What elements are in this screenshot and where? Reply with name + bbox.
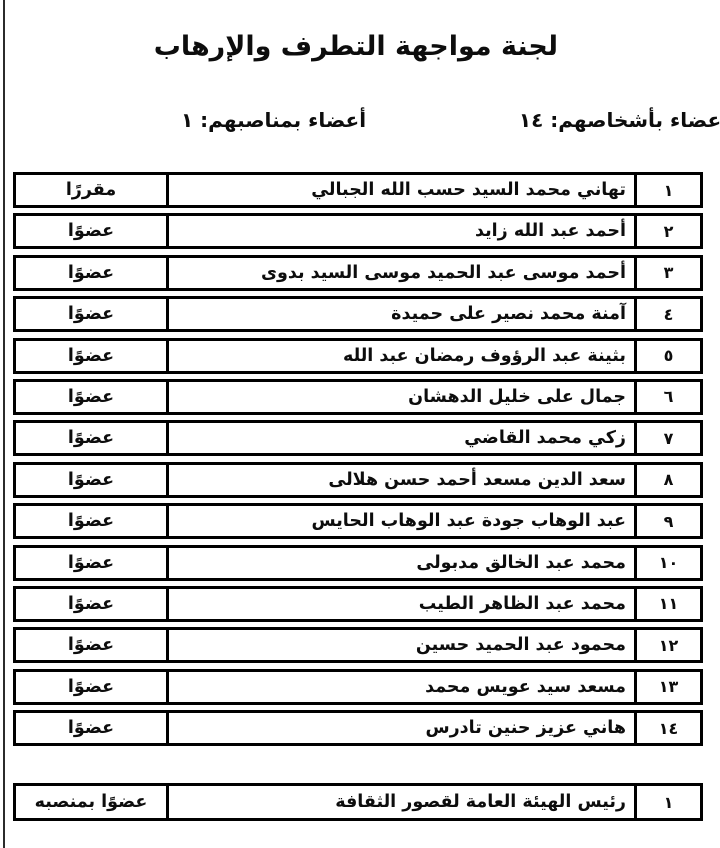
member-name: جمال على خليل الدهشان	[166, 382, 634, 412]
row-number: ١٣	[634, 672, 700, 702]
row-number: ١	[634, 786, 700, 818]
row-number: ٨	[634, 465, 700, 495]
member-name: محمد عبد الخالق مدبولى	[166, 548, 634, 578]
row-number: ١	[634, 175, 700, 205]
member-role: مقررًا	[16, 175, 166, 205]
member-name: رئيس الهيئة العامة لقصور الثقافة	[166, 786, 634, 818]
table-row: ٤ آمنة محمد نصير على حميدة عضوًا	[13, 296, 703, 332]
page-title: لجنة مواجهة التطرف والإرهاب	[218, 31, 558, 62]
member-role: عضوًا	[16, 465, 166, 495]
positions-by-office-table: ١ رئيس الهيئة العامة لقصور الثقافة عضوًا…	[13, 783, 703, 821]
table-row: ١٤ هاني عزيز حنين تادرس عضوًا	[13, 710, 703, 746]
member-name: عبد الوهاب جودة عبد الوهاب الحايس	[166, 506, 634, 536]
table-row: ٢ أحمد عبد الله زايد عضوًا	[13, 213, 703, 249]
member-role: عضوًا	[16, 382, 166, 412]
member-name: آمنة محمد نصير على حميدة	[166, 299, 634, 329]
member-name: محمود عبد الحميد حسين	[166, 630, 634, 660]
member-role: عضوًا	[16, 258, 166, 288]
member-name: زكي محمد القاضي	[166, 423, 634, 453]
table-row: ١٠ محمد عبد الخالق مدبولى عضوًا	[13, 545, 703, 581]
table-row: ٩ عبد الوهاب جودة عبد الوهاب الحايس عضوً…	[13, 503, 703, 539]
row-number: ٢	[634, 216, 700, 246]
member-role: عضوًا	[16, 341, 166, 371]
member-role: عضوًا	[16, 423, 166, 453]
row-number: ١٢	[634, 630, 700, 660]
row-number: ٣	[634, 258, 700, 288]
row-number: ١٠	[634, 548, 700, 578]
row-number: ٦	[634, 382, 700, 412]
member-name: تهاني محمد السيد حسب الله الجبالي	[166, 175, 634, 205]
member-role: عضوًا	[16, 548, 166, 578]
member-role: عضوًا	[16, 672, 166, 702]
member-name: أحمد عبد الله زايد	[166, 216, 634, 246]
member-name: مسعد سيد عويس محمد	[166, 672, 634, 702]
member-role: عضوًا	[16, 589, 166, 619]
member-role: عضوًا	[16, 506, 166, 536]
row-number: ٧	[634, 423, 700, 453]
table-row: ١ تهاني محمد السيد حسب الله الجبالي مقرر…	[13, 172, 703, 208]
member-role: عضوًا	[16, 713, 166, 743]
row-number: ١٤	[634, 713, 700, 743]
row-number: ٩	[634, 506, 700, 536]
table-row: ١١ محمد عبد الظاهر الطيب عضوًا	[13, 586, 703, 622]
row-number: ٥	[634, 341, 700, 371]
row-number: ١١	[634, 589, 700, 619]
page-edge-line	[3, 0, 5, 848]
table-row: ٣ أحمد موسى عبد الحميد موسى السيد بدوى ع…	[13, 255, 703, 291]
table-row: ٧ زكي محمد القاضي عضوًا	[13, 420, 703, 456]
member-name: أحمد موسى عبد الحميد موسى السيد بدوى	[166, 258, 634, 288]
members-table: ١ تهاني محمد السيد حسب الله الجبالي مقرر…	[13, 172, 703, 751]
table-row: ١٢ محمود عبد الحميد حسين عضوًا	[13, 627, 703, 663]
member-role: عضوًا بمنصبه	[16, 786, 166, 818]
row-number: ٤	[634, 299, 700, 329]
table-row: ١ رئيس الهيئة العامة لقصور الثقافة عضوًا…	[13, 783, 703, 821]
stat-members-by-position: أعضاء بمناصبهم: ١	[181, 108, 366, 132]
member-role: عضوًا	[16, 630, 166, 660]
member-name: محمد عبد الظاهر الطيب	[166, 589, 634, 619]
member-name: هاني عزيز حنين تادرس	[166, 713, 634, 743]
table-row: ٨ سعد الدين مسعد أحمد حسن هلالى عضوًا	[13, 462, 703, 498]
stat-members-by-person: أعضاء بأشخاصهم: ١٤	[519, 108, 720, 132]
member-name: بثينة عبد الرؤوف رمضان عبد الله	[166, 341, 634, 371]
table-row: ٥ بثينة عبد الرؤوف رمضان عبد الله عضوًا	[13, 338, 703, 374]
table-row: ١٣ مسعد سيد عويس محمد عضوًا	[13, 669, 703, 705]
table-row: ٦ جمال على خليل الدهشان عضوًا	[13, 379, 703, 415]
member-role: عضوًا	[16, 299, 166, 329]
member-name: سعد الدين مسعد أحمد حسن هلالى	[166, 465, 634, 495]
member-role: عضوًا	[16, 216, 166, 246]
